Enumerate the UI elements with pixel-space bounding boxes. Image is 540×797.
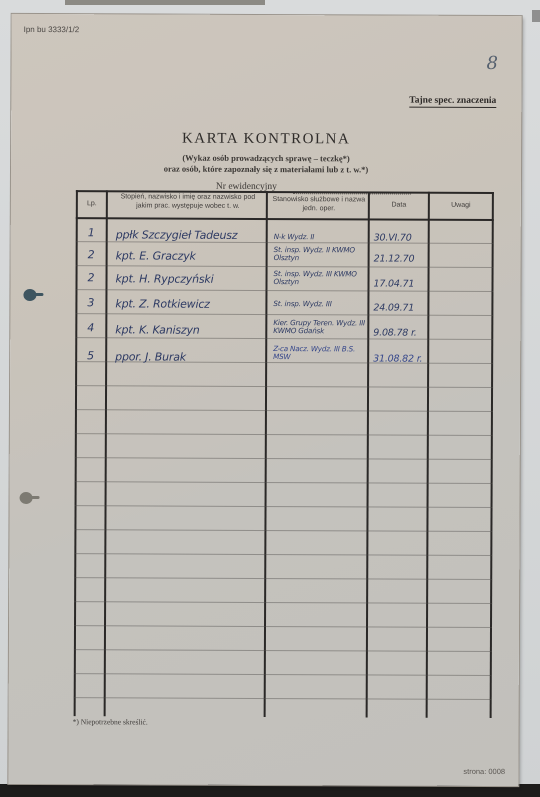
column-header-date: Data bbox=[370, 201, 428, 210]
row-rule bbox=[75, 337, 493, 340]
row-rule bbox=[76, 241, 494, 244]
row-6-lp: 5 bbox=[87, 349, 94, 362]
column-divider bbox=[426, 192, 430, 718]
row-1-date: 30.VI.70 bbox=[374, 232, 412, 243]
row-6-name: ppor. J. Burak bbox=[115, 350, 186, 363]
row-rule bbox=[75, 505, 493, 508]
page-label: strona: 0008 bbox=[463, 767, 505, 776]
background-edge bbox=[65, 0, 265, 5]
background-edge bbox=[532, 10, 540, 22]
column-header-position: Stanowisko służbowe i nazwa jedn. oper. bbox=[272, 196, 366, 213]
row-5-position: Kier. Grupy Teren. Wydz. III KWMO Gdańsk bbox=[273, 319, 369, 335]
row-6-position: Z-ca Nacz. Wydz. III B.S. MSW bbox=[273, 345, 365, 361]
background-edge bbox=[0, 784, 540, 797]
row-3-position: St. insp. Wydz. III KWMO Olsztyn bbox=[273, 270, 365, 286]
header-divider bbox=[76, 217, 494, 220]
row-1-lp: 1 bbox=[88, 226, 95, 239]
table-border bbox=[490, 192, 494, 718]
handwritten-page-number: 8 bbox=[486, 53, 498, 74]
row-4-date: 24.09.71 bbox=[373, 302, 414, 313]
row-rule bbox=[75, 385, 493, 388]
row-3-date: 17.04.71 bbox=[373, 278, 414, 289]
row-5-date: 9.08.78 r. bbox=[373, 327, 416, 338]
row-rule bbox=[74, 529, 492, 532]
archive-signature: Ipn bu 3333/1/2 bbox=[24, 25, 80, 34]
row-3-name: kpt. H. Rypczyński bbox=[115, 272, 213, 285]
row-2-lp: 2 bbox=[88, 248, 95, 261]
row-rule bbox=[74, 673, 492, 676]
row-4-position: St. insp. Wydz. III bbox=[273, 300, 331, 308]
row-rule bbox=[76, 265, 494, 268]
column-divider bbox=[104, 190, 108, 716]
row-rule bbox=[75, 457, 493, 460]
row-rule bbox=[74, 625, 492, 628]
column-header-lp: Lp. bbox=[78, 200, 106, 209]
row-rule bbox=[74, 601, 492, 604]
row-3-lp: 2 bbox=[88, 271, 95, 284]
row-2-position: St. insp. Wydz. II KWMO Olsztyn bbox=[274, 246, 366, 262]
row-2-name: kpt. E. Graczyk bbox=[116, 249, 196, 262]
subtitle-line-2: oraz osób, które zapoznały się z materia… bbox=[11, 163, 521, 176]
column-divider bbox=[366, 191, 370, 717]
form-title: KARTA KONTROLNA bbox=[11, 130, 521, 149]
form-subtitle: (Wykaz osób prowadzących sprawę – teczkę… bbox=[11, 152, 521, 176]
control-table: Lp. Stopień, nazwisko i imię oraz nazwis… bbox=[74, 190, 494, 718]
row-rule bbox=[74, 553, 492, 556]
row-rule bbox=[75, 409, 493, 412]
column-divider bbox=[264, 191, 268, 717]
row-rule bbox=[74, 577, 492, 580]
row-1-name: ppłk Szczygieł Tadeusz bbox=[116, 228, 238, 242]
row-rule bbox=[75, 481, 493, 484]
classification-label: Tajne spec. znaczenia bbox=[409, 96, 496, 108]
row-2-date: 21.12.70 bbox=[374, 253, 415, 264]
column-header-notes: Uwagi bbox=[430, 202, 492, 211]
table-border bbox=[74, 190, 78, 716]
row-rule bbox=[74, 649, 492, 652]
row-rule bbox=[75, 433, 493, 436]
row-rule bbox=[75, 289, 493, 292]
row-5-lp: 4 bbox=[87, 321, 94, 334]
document-page: Ipn bu 3333/1/2 8 Tajne spec. znaczenia … bbox=[8, 14, 521, 786]
footnote: *) Niepotrzebne skreślić. bbox=[73, 717, 148, 726]
row-4-lp: 3 bbox=[87, 296, 94, 309]
row-6-date: 31.08.82 r. bbox=[373, 353, 422, 364]
row-1-position: N-k Wydz. II bbox=[274, 233, 315, 241]
punch-hole-icon bbox=[20, 492, 33, 504]
punch-hole-icon bbox=[23, 289, 36, 301]
column-header-name: Stopień, nazwisko i imię oraz nazwisko p… bbox=[112, 193, 264, 211]
row-4-name: kpt. Z. Rotkiewicz bbox=[115, 297, 209, 310]
row-rule bbox=[75, 313, 493, 316]
row-5-name: kpt. K. Kaniszyn bbox=[115, 323, 199, 336]
row-rule bbox=[74, 697, 492, 700]
